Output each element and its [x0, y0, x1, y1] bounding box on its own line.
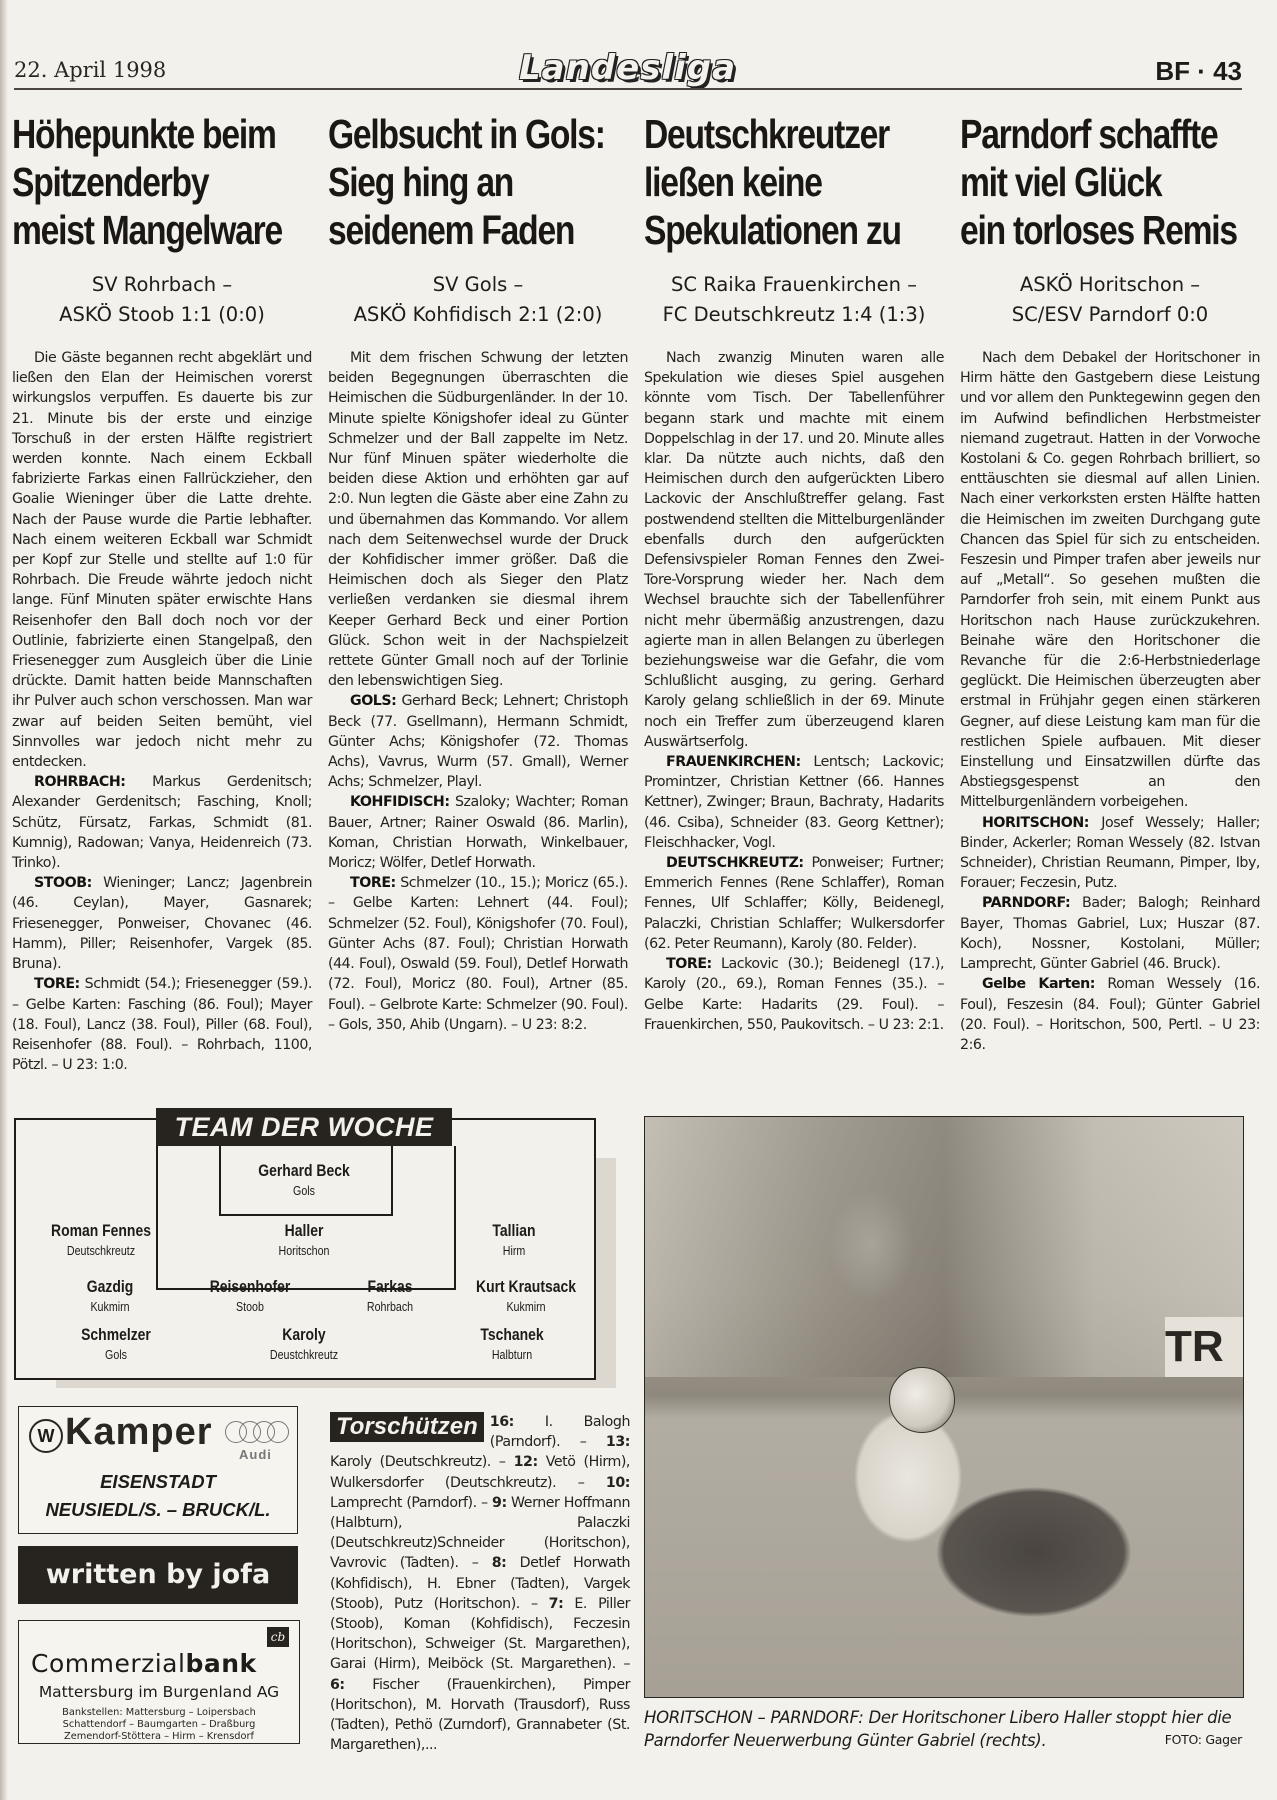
- ad-commerzialbank: cb Commerzialbank Mattersburg im Burgenl…: [18, 1620, 300, 1744]
- audi-label: Audi: [239, 1447, 272, 1462]
- player: ReisenhoferStoob: [170, 1276, 330, 1316]
- photo-background: [645, 1117, 1243, 1377]
- photo-sign: TR: [1165, 1317, 1243, 1377]
- scorers-label: Torschützen: [330, 1412, 484, 1442]
- section-title: Landesliga: [519, 48, 736, 88]
- match-stats: Gelbe Karten: Roman Wessely (16. Foul), …: [960, 974, 1260, 1055]
- issue-date: 22. April 1998: [14, 58, 166, 82]
- dealer-name: Kamper: [65, 1411, 213, 1454]
- lineup: ROHRBACH: Markus Gerdenitsch; Alexander …: [12, 772, 312, 873]
- article-3-head: Deutschkreutzerließen keineSpekulationen…: [644, 110, 944, 330]
- match-stats: TORE: Schmidt (54.); Friesenegger (59.).…: [12, 974, 312, 1075]
- headline: Parndorf schafftemit viel Glückein torlo…: [960, 110, 1263, 254]
- article-paragraph: Nach zwanzig Minuten waren alle Spekulat…: [644, 348, 944, 752]
- vw-logo-icon: W: [29, 1419, 63, 1453]
- photo-credit: FOTO: Gager: [1165, 1728, 1242, 1751]
- bank-name: Commerzialbank: [31, 1649, 257, 1678]
- lineup: PARNDORF: Bader; Balogh; Reinhard Bayer,…: [960, 893, 1260, 974]
- page-header: 22. April 1998 Landesliga BF · 43: [14, 52, 1242, 92]
- lineup: STOOB: Wieninger; Lancz; Jagenbrein (46.…: [12, 873, 312, 974]
- headline: Höhepunkte beimSpitzenderbymeist Mangelw…: [12, 110, 315, 254]
- player: SchmelzerGols: [36, 1324, 196, 1364]
- player: KarolyDeustchkreutz: [224, 1324, 384, 1364]
- location-line: NEUSIEDL/S. – BRUCK/L.: [19, 1499, 297, 1521]
- player: Roman FennesDeutschkreutz: [21, 1220, 181, 1260]
- team-title: TEAM DER WOCHE: [156, 1108, 452, 1146]
- photo-caption: HORITSCHON – PARNDORF: Der Horitschoner …: [644, 1706, 1242, 1752]
- headline: Deutschkreutzerließen keineSpekulationen…: [644, 110, 947, 254]
- match-stats: TORE: Schmelzer (10., 15.); Moricz (65.)…: [328, 873, 628, 1035]
- article-2-head: Gelbsucht in Gols:Sieg hing anseidenem F…: [328, 110, 628, 330]
- football-icon: [889, 1367, 955, 1433]
- audi-rings-icon: [225, 1421, 289, 1445]
- bank-logo-icon: cb: [267, 1627, 289, 1647]
- player: TschanekHalbturn: [432, 1324, 592, 1364]
- ad-kamper: W Kamper Audi EISENSTADT NEUSIEDL/S. – B…: [18, 1406, 298, 1534]
- player: HallerHoritschon: [224, 1220, 384, 1260]
- article-paragraph: Die Gäste begannen recht abgeklärt und l…: [12, 348, 312, 772]
- page-edge: [0, 0, 8, 1800]
- player: Kurt KrautsackKukmirn: [446, 1276, 606, 1316]
- lineup: DEUTSCHKREUTZ: Ponweiser; Furtner; Emmer…: [644, 853, 944, 954]
- article-2-body: Mit dem frischen Schwung der letzten bei…: [328, 348, 628, 1035]
- match-stats: TORE: Lackovic (30.); Beidenegl (17.), K…: [644, 954, 944, 1035]
- match-result: SC Raika Frauenkirchen –FC Deutschkreutz…: [644, 270, 944, 330]
- article-4-body: Nach dem Debakel der Horitschoner in Hir…: [960, 348, 1260, 1055]
- article-1-head: Höhepunkte beimSpitzenderbymeist Mangelw…: [12, 110, 312, 330]
- headline: Gelbsucht in Gols:Sieg hing anseidenem F…: [328, 110, 631, 254]
- bank-subtitle: Mattersburg im Burgenland AG: [19, 1683, 299, 1701]
- bank-branches: Bankstellen: Mattersburg – LoipersbachSc…: [19, 1707, 299, 1743]
- author-banner: written by jofa: [18, 1546, 298, 1604]
- header-divider: [14, 88, 1242, 90]
- player: TallianHirm: [434, 1220, 594, 1260]
- team-of-the-week: TEAM DER WOCHE Gerhard BeckGols Roman Fe…: [14, 1118, 596, 1380]
- player: GazdigKukmirn: [30, 1276, 190, 1316]
- article-4-head: Parndorf schafftemit viel Glückein torlo…: [960, 110, 1260, 330]
- location-line: EISENSTADT: [19, 1471, 297, 1493]
- lineup: FRAUENKIRCHEN: Lentsch; Lackovic; Promin…: [644, 752, 944, 853]
- match-result: SV Rohrbach –ASKÖ Stoob 1:1 (0:0): [12, 270, 312, 330]
- match-result: SV Gols –ASKÖ Kohfidisch 2:1 (2:0): [328, 270, 628, 330]
- match-photo: TR: [644, 1116, 1244, 1698]
- article-3-body: Nach zwanzig Minuten waren alle Spekulat…: [644, 348, 944, 1035]
- lineup: HORITSCHON: Josef Wessely; Haller; Binde…: [960, 813, 1260, 894]
- top-scorers: Torschützen 16: I. Balogh (Parndorf). – …: [330, 1412, 630, 1755]
- article-paragraph: Nach dem Debakel der Horitschoner in Hir…: [960, 348, 1260, 813]
- article-1-body: Die Gäste begannen recht abgeklärt und l…: [12, 348, 312, 1075]
- article-paragraph: Mit dem frischen Schwung der letzten bei…: [328, 348, 628, 691]
- lineup: GOLS: Gerhard Beck; Lehnert; Christoph B…: [328, 691, 628, 792]
- match-result: ASKÖ Horitschon –SC/ESV Parndorf 0:0: [960, 270, 1260, 330]
- lineup: KOHFIDISCH: Szaloky; Wachter; Roman Baue…: [328, 792, 628, 873]
- page-number: BF · 43: [1155, 56, 1242, 87]
- player-goalkeeper: Gerhard BeckGols: [224, 1160, 384, 1200]
